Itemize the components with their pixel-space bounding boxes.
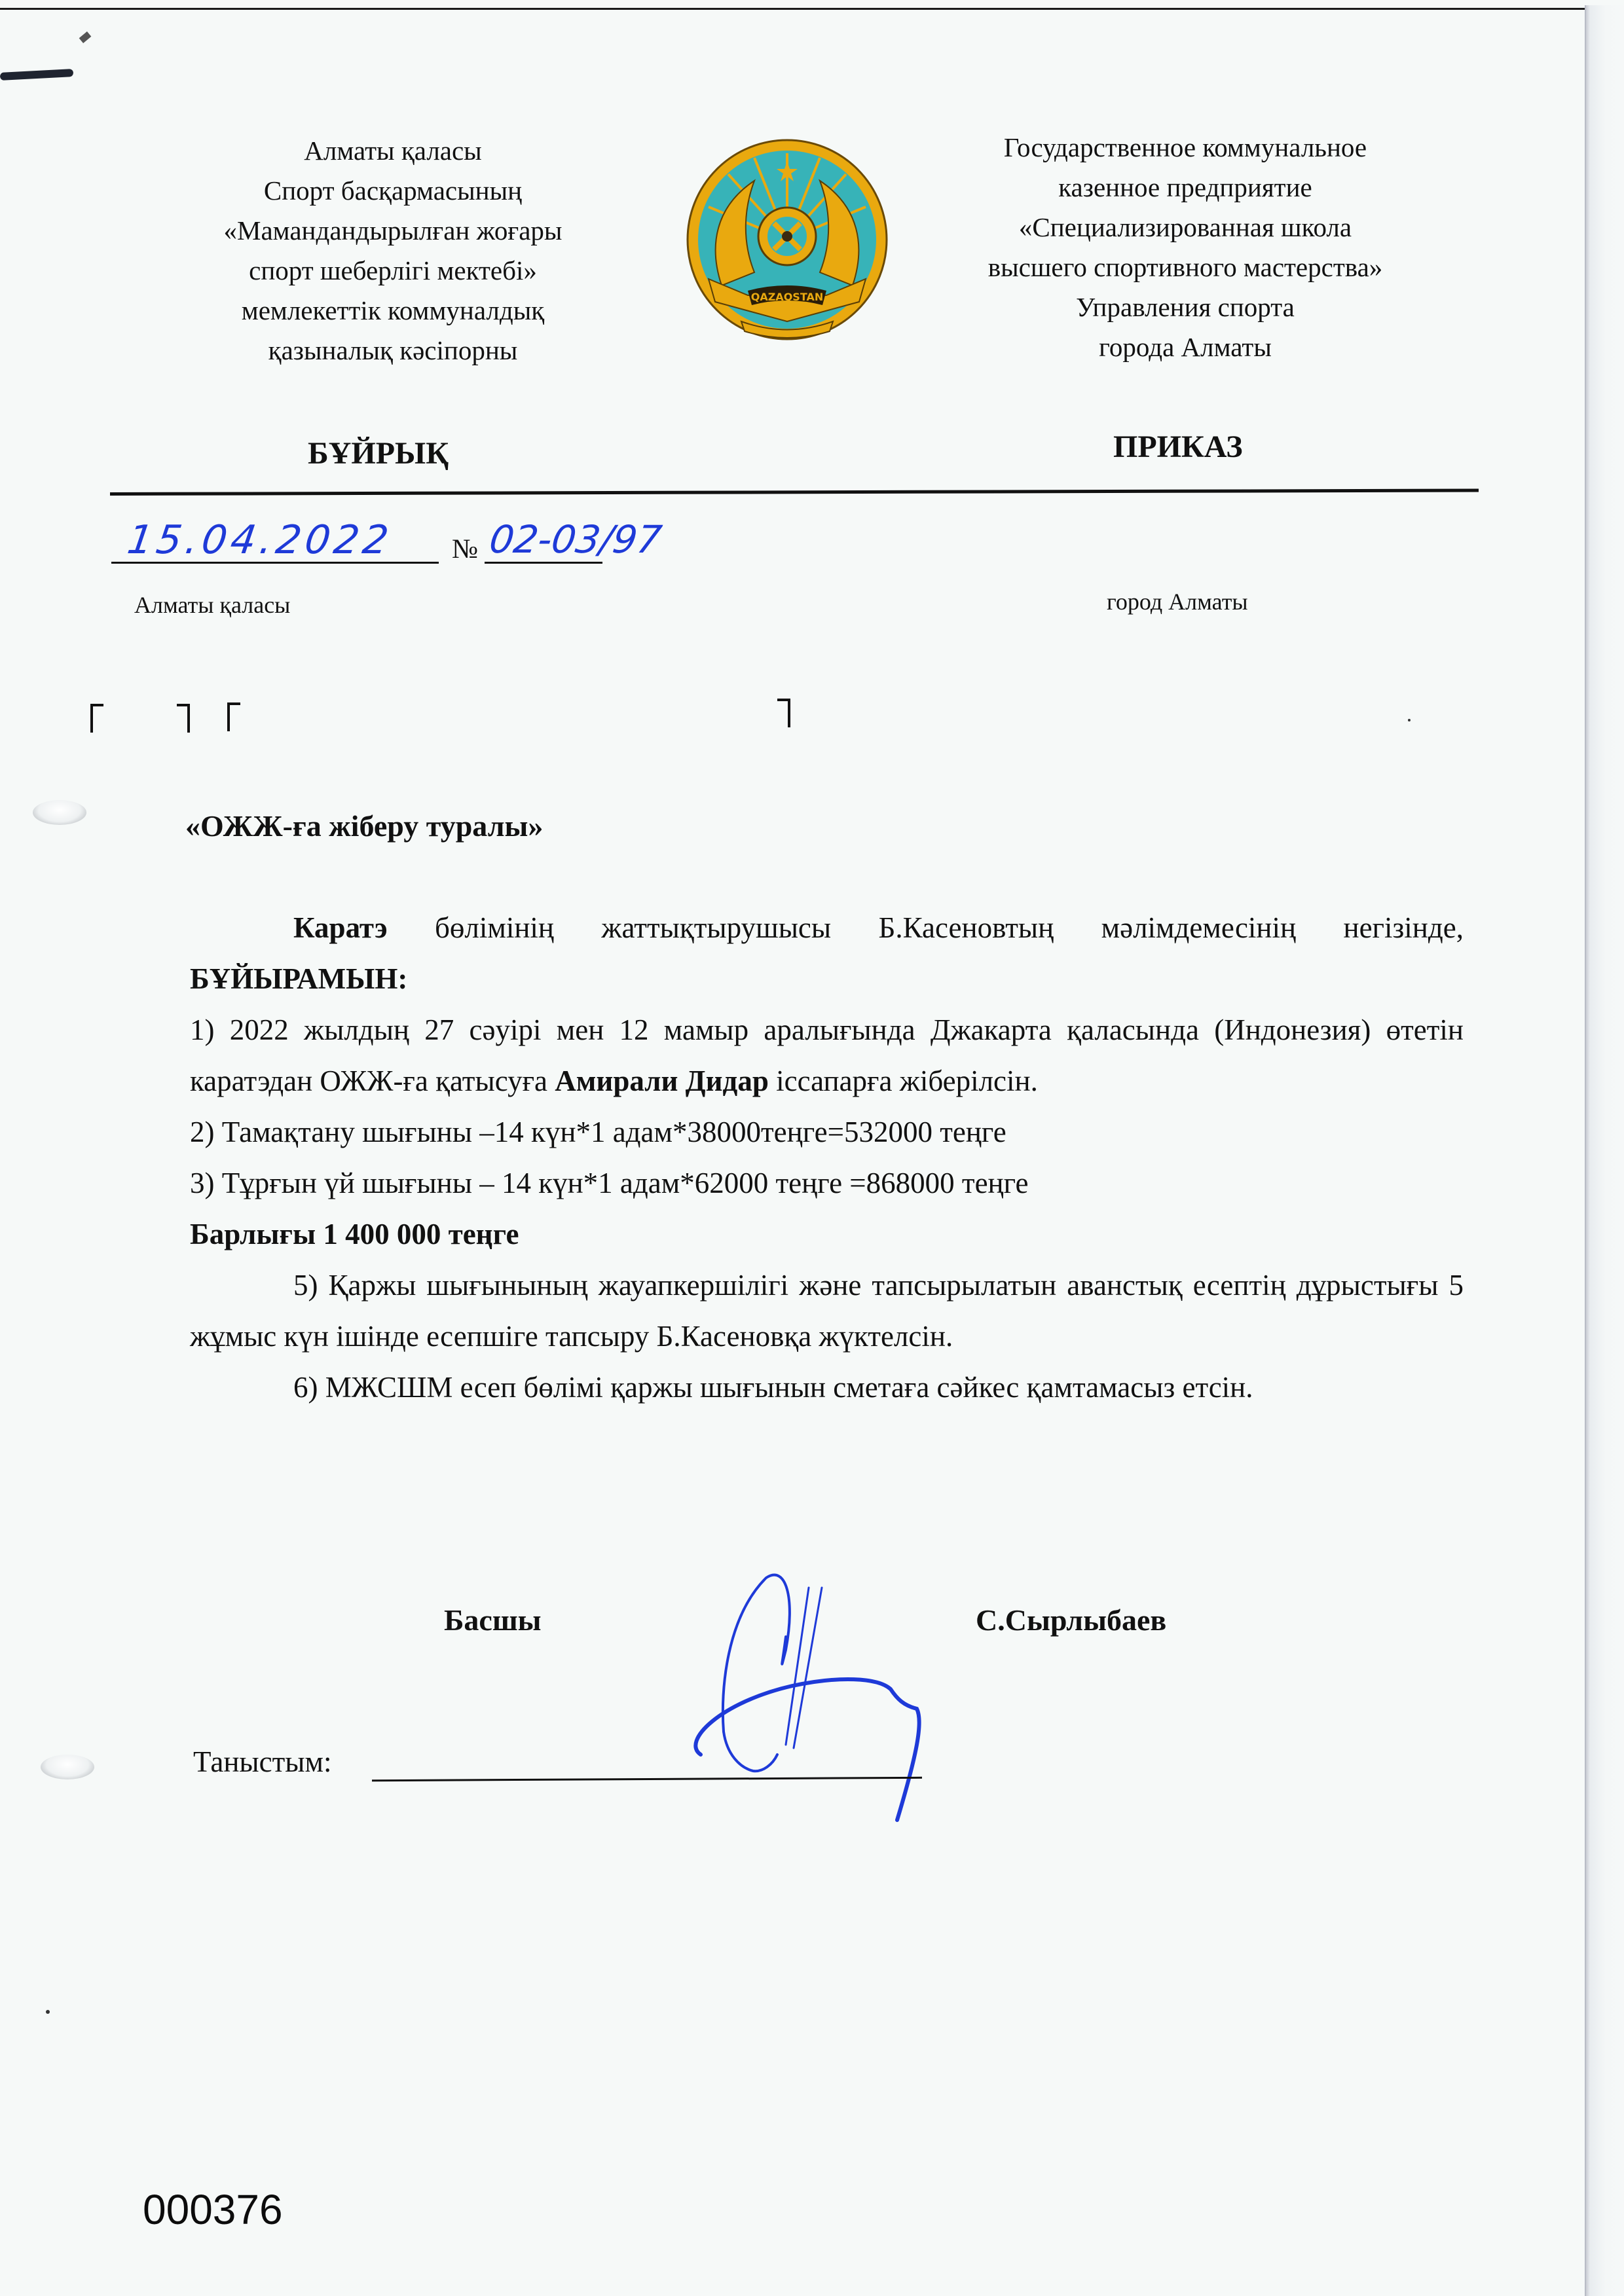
- underlying-page-edge: [1585, 5, 1624, 2296]
- corner-mark-icon: [227, 702, 240, 731]
- org-name-kz-line: «Мамандандырылған жоғары: [196, 211, 589, 251]
- item-1-tail: іссапарға жіберілсін.: [769, 1065, 1038, 1097]
- corner-mark-icon: [90, 704, 103, 733]
- header-divider: [110, 489, 1479, 496]
- doc-title-ru: ПРИКАЗ: [1113, 429, 1243, 465]
- signatory-role: Басшы: [444, 1603, 542, 1637]
- scan-speck: [46, 2010, 50, 2014]
- order-item-1: 1) 2022 жылдың 27 сәуірі мен 12 мамыр ар…: [190, 1004, 1464, 1106]
- org-name-ru-line: казенное предприятие: [936, 168, 1434, 208]
- order-preamble: Каратэ бөлімінің жаттықтырушысы Б.Касено…: [190, 902, 1464, 1004]
- org-name-ru-line: Государственное коммунальное: [936, 128, 1434, 168]
- state-emblem-icon: QAZAQSTAN: [682, 135, 892, 344]
- handwritten-signature-icon: [589, 1558, 1087, 1833]
- order-body: Каратэ бөлімінің жаттықтырушысы Б.Касено…: [190, 902, 1464, 1413]
- org-name-kz-line: қазыналық кәсіпорны: [196, 331, 589, 371]
- org-name-kz-line: Спорт басқармасының: [196, 171, 589, 211]
- staple-fragment: [79, 31, 92, 43]
- number-underline: [485, 562, 602, 564]
- total-amount: Барлығы 1 400 000 теңге: [190, 1218, 519, 1250]
- section-name: Каратэ: [293, 911, 388, 944]
- org-name-kz-line: мемлекеттік коммуналдық: [196, 291, 589, 331]
- org-name-ru-line: Управления спорта: [936, 287, 1434, 327]
- acknowledgement-label: Таныстым:: [193, 1745, 332, 1779]
- handwritten-date: 15.04.2022: [124, 517, 395, 563]
- order-total: Барлығы 1 400 000 теңге: [190, 1209, 1464, 1260]
- punch-hole-icon: [41, 1755, 94, 1779]
- org-name-ru: Государственное коммунальное казенное пр…: [936, 128, 1434, 367]
- place-kz: Алматы қаласы: [134, 591, 290, 619]
- athlete-name: Амирали Дидар: [555, 1065, 769, 1097]
- date-underline: [111, 562, 439, 564]
- preamble-text: бөлімінің жаттықтырушысы Б.Касеновтың мә…: [388, 911, 1464, 944]
- emblem-ribbon-text: QAZAQSTAN: [751, 291, 824, 303]
- org-name-ru-line: города Алматы: [936, 327, 1434, 367]
- place-ru: город Алматы: [1107, 588, 1248, 615]
- org-name-ru-line: «Специализированная школа: [936, 208, 1434, 247]
- order-item-6: 6) МЖСШМ есеп бөлімі қаржы шығынын смета…: [190, 1362, 1464, 1413]
- handwritten-order-number: 02-03/97: [487, 517, 664, 562]
- order-item-2: 2) Тамақтану шығыны –14 күн*1 адам*38000…: [190, 1106, 1464, 1157]
- corner-mark-icon: [777, 699, 790, 727]
- order-item-3: 3) Тұрғын үй шығыны – 14 күн*1 адам*6200…: [190, 1157, 1464, 1209]
- document-serial-number: 000376: [143, 2185, 283, 2234]
- doc-title-kz: БҰЙРЫҚ: [308, 435, 449, 471]
- org-name-kz-line: спорт шеберлігі мектебі»: [196, 251, 589, 291]
- scan-edge-top: [0, 8, 1624, 10]
- punch-hole-icon: [33, 800, 86, 825]
- order-item-5: 5) Қаржы шығынының жауапкершілігі және т…: [190, 1260, 1464, 1362]
- org-name-kz: Алматы қаласы Спорт басқармасының «Маман…: [196, 131, 589, 371]
- order-subject: «ОЖЖ-ға жіберу туралы»: [185, 809, 543, 843]
- staple-mark: [0, 69, 73, 81]
- org-name-ru-line: высшего спортивного мастерства»: [936, 247, 1434, 287]
- number-sign: №: [452, 534, 478, 565]
- corner-mark-icon: [177, 704, 190, 733]
- order-directive: БҰЙЫРАМЫН:: [190, 962, 407, 995]
- org-name-kz-line: Алматы қаласы: [196, 131, 589, 171]
- scan-speck: [1408, 719, 1411, 721]
